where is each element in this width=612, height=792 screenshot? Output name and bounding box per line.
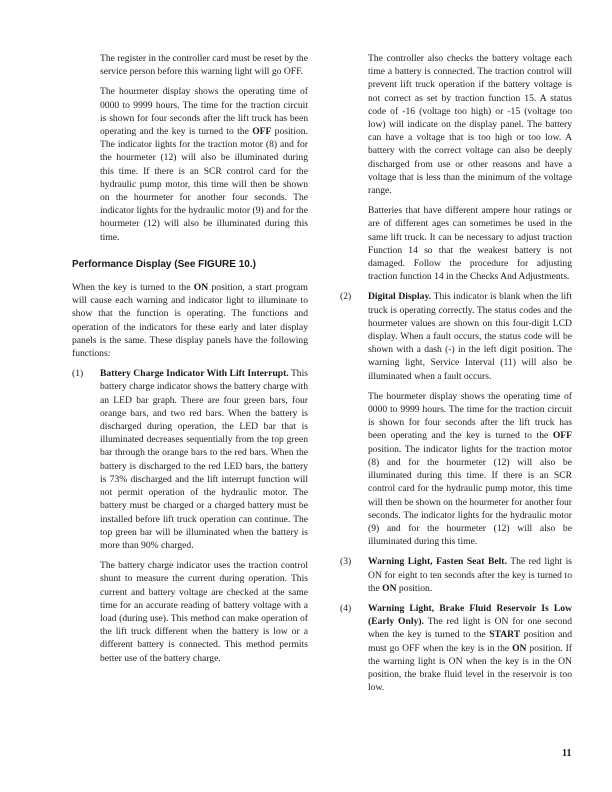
item-paragraph-2: The hourmeter display shows the operatin… xyxy=(368,390,572,548)
item-text: Warning Light, Brake Fluid Reservoir Is … xyxy=(368,602,572,694)
hourmeter-text-c: position. The indicator lights for the t… xyxy=(368,444,572,547)
off-bold: OFF xyxy=(553,430,572,441)
list-item-brake-fluid-reservoir: (4) Warning Light, Brake Fluid Reservoir… xyxy=(340,602,572,694)
list-item-battery-charge-indicator: (1) Battery Charge Indicator With Lift I… xyxy=(72,367,308,664)
item-title: Battery Charge Indicator With Lift Inter… xyxy=(100,368,289,379)
performance-intro-paragraph: When the key is turned to the ON positio… xyxy=(72,281,308,360)
item-text: Warning Light, Fasten Seat Belt. The red… xyxy=(368,555,572,595)
hourmeter-text-a: The hourmeter display shows the operatin… xyxy=(368,391,572,442)
on-bold: ON xyxy=(382,583,396,594)
list-item-fasten-seat-belt: (3) Warning Light, Fasten Seat Belt. The… xyxy=(340,555,572,595)
item-text: Battery Charge Indicator With Lift Inter… xyxy=(100,367,308,552)
right-column: The controller also checks the battery v… xyxy=(340,52,572,701)
on-bold: ON xyxy=(194,282,208,293)
intro-text-rest: position, a start program will cause eac… xyxy=(72,282,308,359)
page-number: 11 xyxy=(562,748,571,759)
hourmeter-paragraph-left: The hourmeter display shows the operatin… xyxy=(72,85,308,243)
item-paragraph-2: The battery charge indicator uses the tr… xyxy=(100,559,308,665)
list-number: (1) xyxy=(72,367,83,380)
section-heading-performance-display: Performance Display (See FIGURE 10.) xyxy=(72,258,308,271)
item-title: Digital Display. xyxy=(368,291,431,302)
batteries-paragraph: Batteries that have different ampere hou… xyxy=(340,204,572,283)
item-body: This battery charge indicator shows the … xyxy=(100,368,308,551)
intro-text: When the key is turned to the xyxy=(72,282,194,293)
list-number: (2) xyxy=(340,290,351,303)
start-bold: START xyxy=(489,629,520,640)
list-number: (4) xyxy=(340,602,351,615)
item-body-end: position. xyxy=(397,583,433,594)
off-bold: OFF xyxy=(252,126,271,137)
hourmeter-text-c: position. The indicator lights for the t… xyxy=(100,126,308,243)
left-column: The register in the controller card must… xyxy=(72,52,308,672)
item-title: Warning Light, Fasten Seat Belt. xyxy=(368,556,507,567)
item-body: This indicator is blank when the lift tr… xyxy=(368,291,572,381)
controller-voltage-paragraph: The controller also checks the battery v… xyxy=(340,52,572,197)
list-item-digital-display: (2) Digital Display. This indicator is b… xyxy=(340,290,572,548)
on-bold: ON xyxy=(512,643,526,654)
item-text: Digital Display. This indicator is blank… xyxy=(368,290,572,382)
list-number: (3) xyxy=(340,555,351,568)
register-reset-paragraph: The register in the controller card must… xyxy=(72,52,308,78)
